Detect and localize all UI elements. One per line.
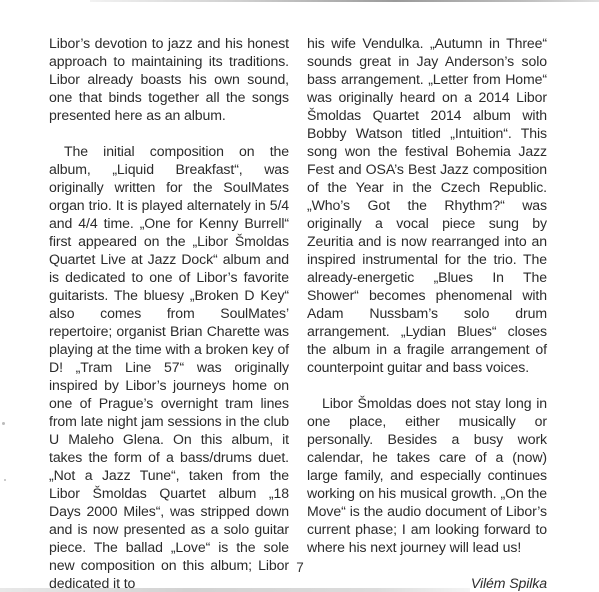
paragraph-track-descriptions: The initial composition on the album, „L… [49,142,289,592]
paragraph-track-descriptions-continued: his wife Vendulka. „Autumn in Three“ sou… [307,34,547,376]
page-number: 7 [293,560,307,575]
right-text-column: his wife Vendulka. „Autumn in Three“ sou… [307,34,547,592]
scan-speck [2,422,5,425]
scan-speck [4,479,6,481]
left-text-column: Libor’s devotion to jazz and his honest … [49,34,289,592]
paragraph-closing: Libor Šmoldas does not stay long in one … [307,394,547,556]
paragraph-intro-continuation: Libor’s devotion to jazz and his honest … [49,34,289,124]
page-top-edge-shadow [90,0,599,2]
page-bottom-edge-shadow [0,588,470,592]
